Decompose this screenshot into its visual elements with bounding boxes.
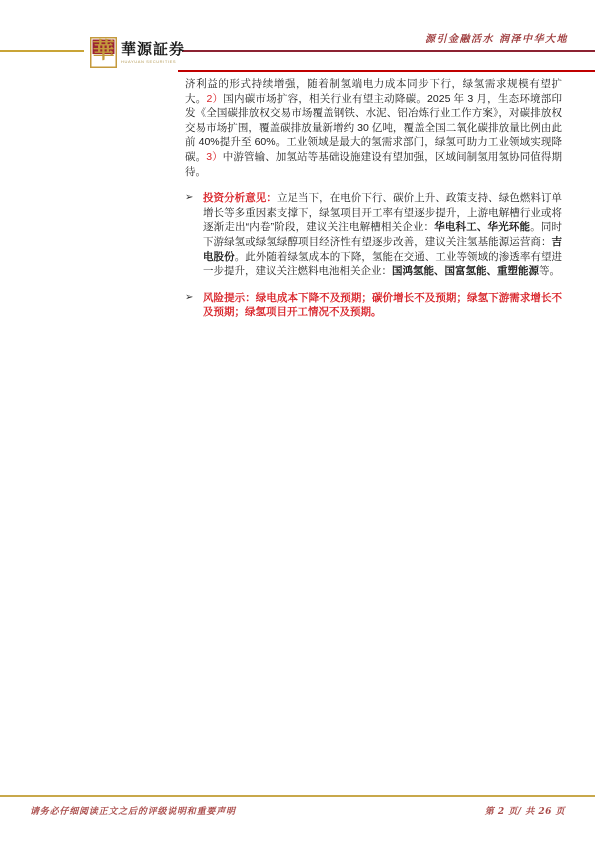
footer-page-indicator: 第 2 页/ 共 26 页 (485, 804, 565, 817)
footer-disclaimer: 请务必仔细阅读正文之后的评级说明和重要声明 (30, 804, 236, 817)
company-name-en: HUAYUAN SECURITIES (121, 59, 241, 64)
risk-warning-text: 风险提示：绿电成本下降不及预期；碳价增长不及预期；绿氢下游需求增长不及预期；绿氢… (203, 291, 562, 320)
huayuan-seal-icon: 華 (90, 37, 117, 68)
header-slogan: 源引金融活水 润泽中华大地 (425, 30, 568, 45)
svg-text:華: 華 (92, 38, 114, 64)
bullet-list: ➢ 投资分析意见：立足当下，在电价下行、碳价上升、政策支持、绿色燃料订单增长等多… (185, 191, 562, 320)
header-darkred-rule (182, 50, 595, 52)
company-logo: 華源証券 HUAYUAN SECURITIES (121, 40, 241, 64)
arrow-bullet-icon: ➢ (185, 291, 203, 320)
header-gold-rule (0, 50, 84, 52)
bullet-item-investment-opinion: ➢ 投资分析意见：立足当下，在电价下行、碳价上升、政策支持、绿色燃料订单增长等多… (185, 191, 562, 279)
company-name-cn: 華源証券 (121, 40, 241, 58)
report-page: 華 華源証券 HUAYUAN SECURITIES 源引金融活水 润泽中华大地 … (0, 0, 595, 841)
body-top-red-rule (178, 70, 595, 72)
investment-opinion-text: 投资分析意见：立足当下，在电价下行、碳价上升、政策支持、绿色燃料订单增长等多重因… (203, 191, 562, 279)
bullet-item-risk-warning: ➢ 风险提示：绿电成本下降不及预期；碳价增长不及预期；绿氢下游需求增长不及预期；… (185, 291, 562, 320)
paragraph-continuation: 济利益的形式持续增强，随着制氢端电力成本同步下行，绿氢需求规模有望扩大。2）国内… (185, 77, 562, 179)
footer-gold-rule (0, 795, 595, 797)
arrow-bullet-icon: ➢ (185, 191, 203, 279)
body-column: 济利益的形式持续增强，随着制氢端电力成本同步下行，绿氢需求规模有望扩大。2）国内… (185, 77, 562, 332)
